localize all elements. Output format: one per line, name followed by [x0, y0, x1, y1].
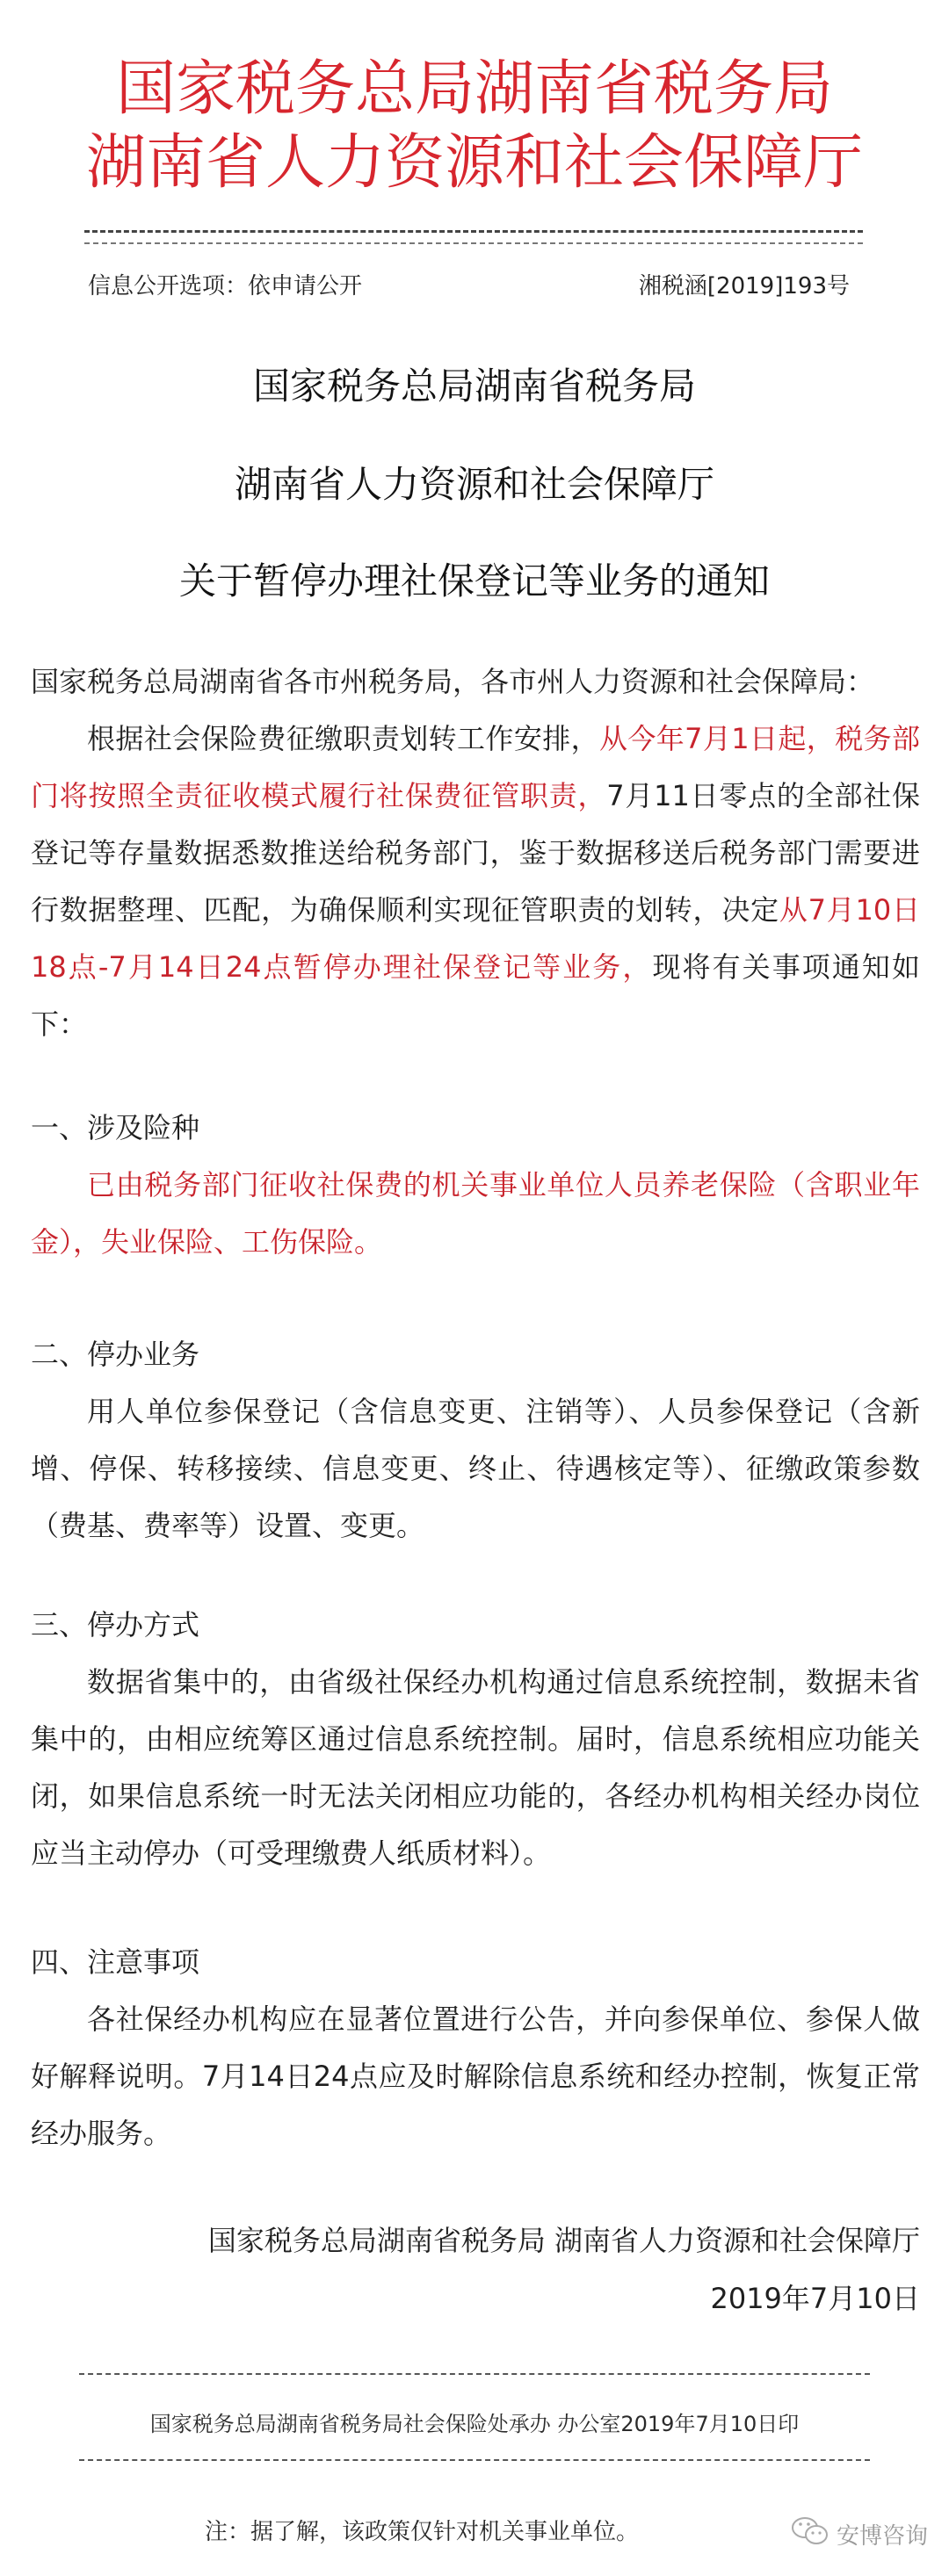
- doc-title-line-2: 湖南省人力资源和社会保障厅: [0, 460, 949, 509]
- watermark-text: 安博咨询: [837, 2518, 928, 2551]
- section-text: 已由税务部门征收社保费的机关事业单位人员养老保险（含职业年金），失业保险、工伤保…: [31, 1157, 920, 1271]
- document-number: 湘税涵[2019]193号: [639, 271, 850, 301]
- section-heading: 二、停办业务: [31, 1326, 920, 1383]
- section-scope: 一、涉及险种 已由税务部门征收社保费的机关事业单位人员养老保险（含职业年金），失…: [31, 1100, 920, 1271]
- notice-body: 国家税务总局湖南省各市州税务局，各市州人力资源和社会保障局： 根据社会保险费征缴…: [31, 653, 920, 1053]
- header-divider-top: [84, 230, 863, 233]
- issuer-header-line-1: 国家税务总局湖南省税务局: [0, 54, 949, 125]
- doc-title-line-3: 关于暂停办理社保登记等业务的通知: [0, 557, 949, 606]
- section-notes: 四、注意事项 各社保经办机构应在显著位置进行公告，并向参保单位、参保人做好解释说…: [31, 1934, 920, 2162]
- footer-divider-top: [79, 2373, 870, 2375]
- wechat-icon: [789, 2514, 831, 2555]
- section-suspension-method: 三、停办方式 数据省集中的，由省级社保经办机构通过信息系统控制，数据未省集中的，…: [31, 1597, 920, 1882]
- header-divider-bottom: [84, 242, 863, 244]
- watermark: 安博咨询: [789, 2514, 928, 2555]
- salutation: 国家税务总局湖南省各市州税务局，各市州人力资源和社会保障局：: [31, 653, 920, 711]
- signature-issuers: 国家税务总局湖南省税务局 湖南省人力资源和社会保障厅: [208, 2212, 920, 2269]
- section-text: 数据省集中的，由省级社保经办机构通过信息系统控制，数据未省集中的，由相应统筹区通…: [31, 1654, 920, 1882]
- section-heading: 一、涉及险种: [31, 1100, 920, 1157]
- issuer-header-line-2: 湖南省人力资源和社会保障厅: [0, 128, 949, 198]
- intro-text-1: 根据社会保险费征缴职责划转工作安排，: [87, 722, 599, 755]
- section-heading: 三、停办方式: [31, 1597, 920, 1654]
- print-line: 国家税务总局湖南省税务局社会保险处承办 办公室2019年7月10日印: [0, 2406, 949, 2437]
- section-suspended-services: 二、停办业务 用人单位参保登记（含信息变更、注销等）、人员参保登记（含新增、停保…: [31, 1326, 920, 1555]
- footer-divider-bottom: [79, 2459, 870, 2461]
- policy-note: 注：据了解，该政策仅针对机关事业单位。: [0, 2514, 896, 2546]
- doc-title-line-1: 国家税务总局湖南省税务局: [0, 362, 949, 411]
- intro-paragraph: 根据社会保险费征缴职责划转工作安排，从今年7月1日起，税务部门将按照全责征收模式…: [31, 711, 920, 1053]
- disclosure-option: 信息公开选项：依申请公开: [88, 271, 362, 301]
- section-text: 各社保经办机构应在显著位置进行公告，并向参保单位、参保人做好解释说明。7月14日…: [31, 1991, 920, 2162]
- section-heading: 四、注意事项: [31, 1934, 920, 1991]
- signature-date: 2019年7月10日: [710, 2269, 920, 2327]
- section-text: 用人单位参保登记（含信息变更、注销等）、人员参保登记（含新增、停保、转移接续、信…: [31, 1383, 920, 1555]
